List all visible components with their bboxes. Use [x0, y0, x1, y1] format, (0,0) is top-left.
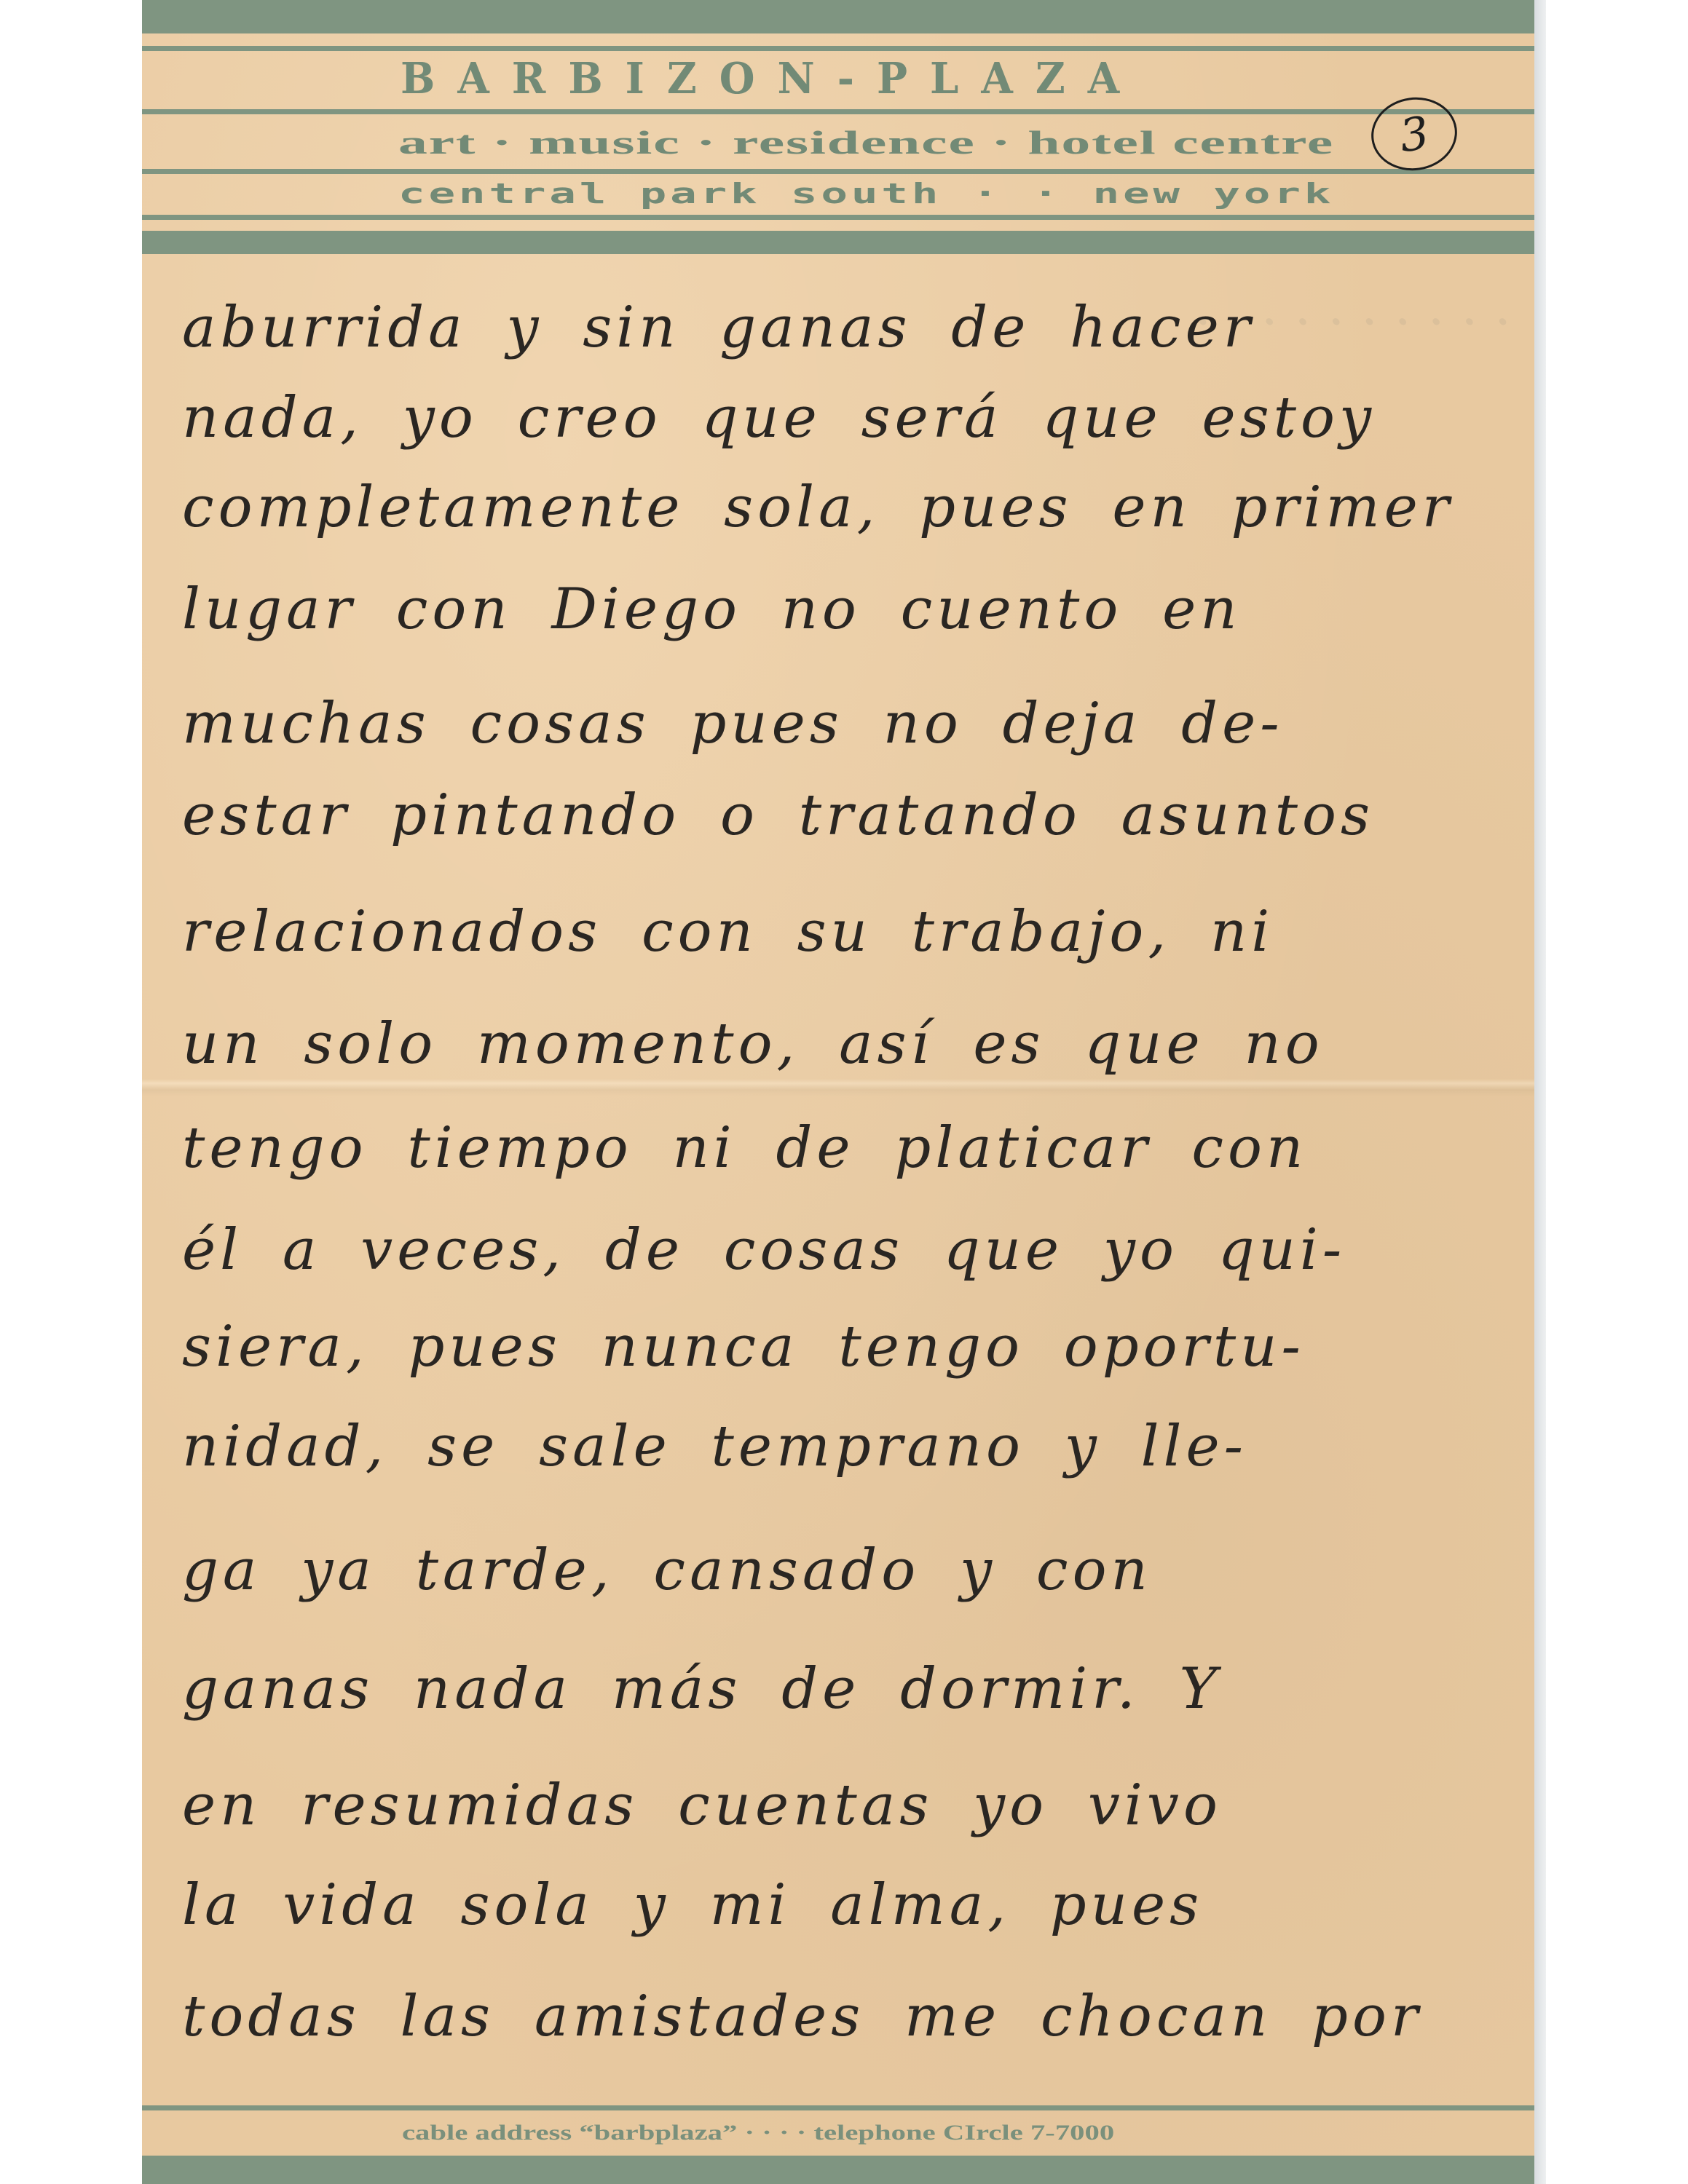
handwritten-line: ganas nada más de dormir. Y	[182, 1661, 1221, 1717]
handwritten-line: en resumidas cuentas yo vivo	[182, 1777, 1222, 1834]
handwritten-line: completamente sola, pues en primer	[182, 479, 1454, 536]
header-rule-3	[142, 169, 1534, 174]
handwritten-line: un solo momento, así es que no	[182, 1016, 1324, 1072]
handwritten-line: ga ya tarde, cansado y con	[182, 1542, 1152, 1599]
handwritten-line: siera, pues nunca tengo oportu-	[182, 1318, 1305, 1375]
page-number: 3	[1369, 95, 1459, 174]
handwritten-line: lugar con Diego no cuento en	[182, 581, 1242, 638]
handwritten-line: él a veces, de cosas que yo qui-	[182, 1222, 1346, 1278]
sheet-edge-shadow	[1534, 0, 1546, 2184]
letterhead-footer: cable address “barbplaza” · · · · teleph…	[50, 2118, 1688, 2148]
handwritten-line: nidad, se sale temprano y lle-	[182, 1418, 1247, 1475]
header-rule-4	[142, 215, 1534, 220]
footer-bottom-band	[142, 2156, 1534, 2184]
footer-rule	[142, 2105, 1534, 2110]
handwritten-line: estar pintando o tratando asuntos	[182, 787, 1374, 844]
page-number-circle: 3	[1367, 92, 1462, 175]
handwritten-line: aburrida y sin ganas de hacer	[182, 299, 1255, 356]
letterhead-address: central park south · · new york	[0, 178, 1688, 210]
header-rule-2	[142, 109, 1534, 114]
handwritten-line: todas las amistades me chocan por	[182, 1988, 1422, 2045]
handwritten-line: nada, yo creo que será que estoy	[182, 389, 1376, 446]
letterhead-title: BARBIZON-PLAZA	[142, 58, 1534, 100]
handwritten-line: la vida sola y mi alma, pues	[182, 1877, 1203, 1934]
letter-sheet: BARBIZON-PLAZA art · music · residence ·…	[142, 0, 1534, 2184]
handwritten-line: relacionados con su trabajo, ni	[182, 903, 1274, 960]
header-bottom-band	[142, 231, 1534, 254]
header-top-band	[142, 0, 1534, 33]
header-rule-1	[142, 46, 1534, 51]
handwritten-line: tengo tiempo ni de platicar con	[182, 1120, 1307, 1176]
handwritten-line: muchas cosas pues no deja de-	[182, 695, 1284, 752]
